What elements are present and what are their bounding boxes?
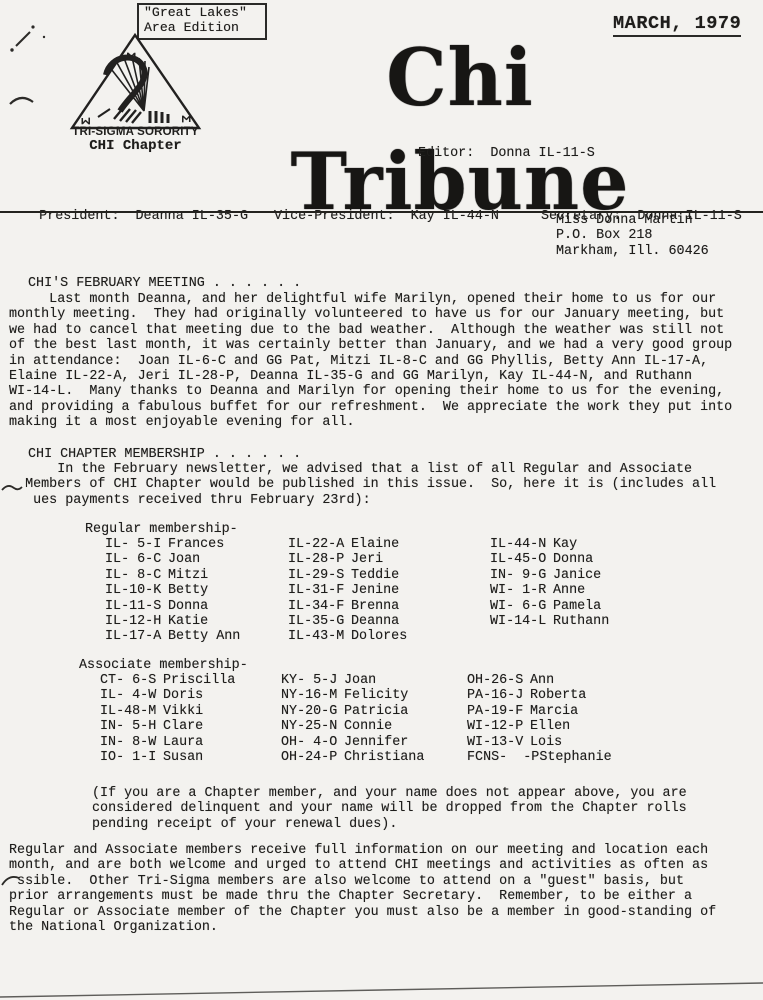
member-name: Christiana bbox=[344, 750, 424, 765]
member-code: OH-24-P bbox=[281, 750, 344, 765]
text-line: month, and are both welcome and urged to… bbox=[9, 858, 716, 873]
member-name: Mitzi bbox=[168, 568, 208, 583]
member-code: IN- 5-H bbox=[100, 719, 163, 734]
member-code: IL-45-O bbox=[490, 552, 553, 567]
member-code: IL-43-M bbox=[288, 629, 351, 644]
text-line: making it a most enjoyable evening for a… bbox=[9, 415, 732, 430]
member-name: Katie bbox=[168, 614, 208, 629]
member-entry: IL-22-AElaine bbox=[288, 537, 490, 552]
address-po-box: P.O. Box 218 bbox=[556, 228, 709, 243]
member-name: Anne bbox=[553, 583, 585, 598]
member-name: Brenna bbox=[351, 599, 399, 614]
member-code: PA-19-F bbox=[467, 704, 530, 719]
member-code: FCNS- -P bbox=[467, 750, 539, 765]
member-entry: PA-16-JRoberta bbox=[467, 688, 586, 703]
member-code: OH-26-S bbox=[467, 673, 530, 688]
member-code: WI- 6-G bbox=[490, 599, 553, 614]
member-code: OH- 4-O bbox=[281, 735, 344, 750]
member-name: Ruthann bbox=[553, 614, 609, 629]
text-line: we had to cancel that meeting due to the… bbox=[9, 323, 732, 338]
member-entry: IL-35-GDeanna bbox=[288, 614, 490, 629]
member-name: Vikki bbox=[163, 704, 203, 719]
member-code: IL-34-F bbox=[288, 599, 351, 614]
meeting-section-heading: CHI'S FEBRUARY MEETING . . . . . . bbox=[28, 276, 301, 291]
member-entry: IL-34-FBrenna bbox=[288, 599, 490, 614]
membership-row: IL- 6-CJoanIL-28-PJeriIL-45-ODonna bbox=[105, 552, 609, 567]
text-line: WI-14-L. Many thanks to Deanna and Maril… bbox=[9, 384, 732, 399]
address-city: Markham, Ill. 60426 bbox=[556, 244, 709, 259]
member-code: IL-29-S bbox=[288, 568, 351, 583]
member-entry: IL-29-STeddie bbox=[288, 568, 490, 583]
member-entry: IL-11-SDonna bbox=[105, 599, 288, 614]
member-code: IL- 4-W bbox=[100, 688, 163, 703]
member-name: Ann bbox=[530, 673, 554, 688]
text-line: of the best last month, it was certainly… bbox=[9, 338, 732, 353]
member-entry: WI- 1-RAnne bbox=[490, 583, 585, 598]
member-code: IO- 1-I bbox=[100, 750, 163, 765]
member-code: WI-13-V bbox=[467, 735, 530, 750]
member-name: Betty bbox=[168, 583, 208, 598]
text-line: the National Organization. bbox=[9, 920, 716, 935]
logo-organization-name: TRI-SIGMA SORORITY bbox=[58, 126, 213, 138]
member-name: Donna bbox=[553, 552, 593, 567]
member-name: Teddie bbox=[351, 568, 399, 583]
member-code: NY-25-N bbox=[281, 719, 344, 734]
text-line: and providing a fabulous buffet for our … bbox=[9, 400, 732, 415]
member-entry: IL- 8-CMitzi bbox=[105, 568, 288, 583]
member-code: IL-17-A bbox=[105, 629, 168, 644]
member-code: CT- 6-S bbox=[100, 673, 163, 688]
text-line: Elaine IL-22-A, Jeri IL-28-P, Deanna IL-… bbox=[9, 369, 732, 384]
member-entry: IL-28-PJeri bbox=[288, 552, 490, 567]
text-line: ssible. Other Tri-Sigma members are also… bbox=[9, 874, 716, 889]
member-code: IL-31-F bbox=[288, 583, 351, 598]
member-code: IL-11-S bbox=[105, 599, 168, 614]
regular-membership-table: IL- 5-IFrancesIL-22-AElaineIL-44-NKayIL-… bbox=[105, 537, 609, 645]
member-entry: WI-14-LRuthann bbox=[490, 614, 609, 629]
member-name: Frances bbox=[168, 537, 224, 552]
text-line: ues payments received thru February 23rd… bbox=[9, 493, 716, 508]
text-line: In the February newsletter, we advised t… bbox=[9, 462, 716, 477]
membership-row: IL-17-ABetty AnnIL-43-MDolores bbox=[105, 629, 609, 644]
member-entry: KY- 5-JJoan bbox=[281, 673, 467, 688]
member-code: IL- 5-I bbox=[105, 537, 168, 552]
membership-row: IN- 5-HClareNY-25-NConnieWI-12-PEllen bbox=[100, 719, 612, 734]
member-name: Kay bbox=[553, 537, 577, 552]
member-name: Ellen bbox=[530, 719, 570, 734]
member-name: Susan bbox=[163, 750, 203, 765]
member-entry: PA-19-FMarcia bbox=[467, 704, 578, 719]
membership-intro: In the February newsletter, we advised t… bbox=[9, 462, 716, 508]
member-entry: IL-31-FJenine bbox=[288, 583, 490, 598]
member-name: Felicity bbox=[344, 688, 408, 703]
member-name: Betty Ann bbox=[168, 629, 240, 644]
member-name: Jennifer bbox=[344, 735, 408, 750]
member-entry: WI- 6-GPamela bbox=[490, 599, 601, 614]
member-code: WI-14-L bbox=[490, 614, 553, 629]
text-line: pending receipt of your renewal dues). bbox=[92, 817, 687, 832]
member-code: NY-20-G bbox=[281, 704, 344, 719]
member-entry: IL- 4-WDoris bbox=[100, 688, 281, 703]
member-code: IL-10-K bbox=[105, 583, 168, 598]
text-line: prior arrangements must be made thru the… bbox=[9, 889, 716, 904]
member-entry: NY-16-MFelicity bbox=[281, 688, 467, 703]
member-entry: IN- 8-WLaura bbox=[100, 735, 281, 750]
member-entry: OH-24-PChristiana bbox=[281, 750, 467, 765]
editor-line: Editor: Donna IL-11-S bbox=[418, 146, 595, 161]
member-name: Jenine bbox=[351, 583, 399, 598]
member-name: Deanna bbox=[351, 614, 399, 629]
member-entry: NY-25-NConnie bbox=[281, 719, 467, 734]
newsletter-page: "Great Lakes" Area Edition MARCH, 1979 Σ… bbox=[0, 0, 763, 1000]
membership-section-heading: CHI CHAPTER MEMBERSHIP . . . . . . bbox=[28, 447, 301, 462]
text-line: Members of CHI Chapter would be publishe… bbox=[9, 477, 716, 492]
member-name: Roberta bbox=[530, 688, 586, 703]
member-name: Dolores bbox=[351, 629, 407, 644]
membership-row: IL- 4-WDorisNY-16-MFelicityPA-16-JRobert… bbox=[100, 688, 612, 703]
member-code: WI-12-P bbox=[467, 719, 530, 734]
text-line: Regular or Associate member of the Chapt… bbox=[9, 905, 716, 920]
secretary-address: Miss Donna Martin P.O. Box 218 Markham, … bbox=[556, 213, 709, 259]
text-line: monthly meeting. They had originally vol… bbox=[9, 307, 732, 322]
member-entry: IL- 5-IFrances bbox=[105, 537, 288, 552]
member-entry: IL-17-ABetty Ann bbox=[105, 629, 288, 644]
member-entry: NY-20-GPatricia bbox=[281, 704, 467, 719]
member-name: Stephanie bbox=[539, 750, 611, 765]
member-name: Janice bbox=[553, 568, 601, 583]
svg-text:Σ: Σ bbox=[79, 117, 94, 125]
member-entry: IN- 9-GJanice bbox=[490, 568, 601, 583]
membership-row: IL- 8-CMitziIL-29-STeddieIN- 9-GJanice bbox=[105, 568, 609, 583]
text-line: in attendance: Joan IL-6-C and GG Pat, M… bbox=[9, 354, 732, 369]
membership-row: CT- 6-SPriscillaKY- 5-JJoanOH-26-SAnn bbox=[100, 673, 612, 688]
text-line: Regular and Associate members receive fu… bbox=[9, 843, 716, 858]
membership-row: IL-48-MVikkiNY-20-GPatriciaPA-19-FMarcia bbox=[100, 704, 612, 719]
logo-chapter-name: CHI Chapter bbox=[58, 138, 213, 154]
member-entry: IL-45-ODonna bbox=[490, 552, 593, 567]
membership-row: IL- 5-IFrancesIL-22-AElaineIL-44-NKay bbox=[105, 537, 609, 552]
member-name: Joan bbox=[344, 673, 376, 688]
member-entry: CT- 6-SPriscilla bbox=[100, 673, 281, 688]
member-code: IL- 8-C bbox=[105, 568, 168, 583]
closing-paragraph: Regular and Associate members receive fu… bbox=[9, 843, 716, 935]
member-entry: IL-10-KBetty bbox=[105, 583, 288, 598]
member-entry: IL- 6-CJoan bbox=[105, 552, 288, 567]
address-name: Miss Donna Martin bbox=[556, 213, 709, 228]
text-line: Last month Deanna, and her delightful wi… bbox=[9, 292, 732, 307]
member-code: IN- 9-G bbox=[490, 568, 553, 583]
member-code: IL-12-H bbox=[105, 614, 168, 629]
member-code: IL-28-P bbox=[288, 552, 351, 567]
member-code: IL- 6-C bbox=[105, 552, 168, 567]
member-code: NY-16-M bbox=[281, 688, 344, 703]
regular-membership-label: Regular membership- bbox=[85, 522, 238, 537]
member-entry: WI-12-PEllen bbox=[467, 719, 570, 734]
membership-row: IN- 8-WLauraOH- 4-OJenniferWI-13-VLois bbox=[100, 735, 612, 750]
member-name: Joan bbox=[168, 552, 200, 567]
member-entry: IL-44-NKay bbox=[490, 537, 577, 552]
member-entry: WI-13-VLois bbox=[467, 735, 562, 750]
member-name: Elaine bbox=[351, 537, 399, 552]
delinquency-note: (If you are a Chapter member, and your n… bbox=[92, 786, 687, 832]
member-name: Lois bbox=[530, 735, 562, 750]
member-name: Laura bbox=[163, 735, 203, 750]
member-code: IN- 8-W bbox=[100, 735, 163, 750]
member-name: Doris bbox=[163, 688, 203, 703]
text-line: considered delinquent and your name will… bbox=[92, 801, 687, 816]
member-entry: OH-26-SAnn bbox=[467, 673, 554, 688]
edition-line-1: "Great Lakes" bbox=[144, 6, 265, 21]
svg-text:Σ: Σ bbox=[178, 115, 193, 123]
membership-row: IL-12-HKatieIL-35-GDeannaWI-14-LRuthann bbox=[105, 614, 609, 629]
member-name: Pamela bbox=[553, 599, 601, 614]
member-code: WI- 1-R bbox=[490, 583, 553, 598]
member-name: Connie bbox=[344, 719, 392, 734]
member-entry: IL-43-MDolores bbox=[288, 629, 490, 644]
member-name: Clare bbox=[163, 719, 203, 734]
member-name: Patricia bbox=[344, 704, 408, 719]
member-name: Priscilla bbox=[163, 673, 235, 688]
associate-membership-table: CT- 6-SPriscillaKY- 5-JJoanOH-26-SAnnIL-… bbox=[100, 673, 612, 765]
member-code: IL-35-G bbox=[288, 614, 351, 629]
member-code: IL-48-M bbox=[100, 704, 163, 719]
member-code: IL-22-A bbox=[288, 537, 351, 552]
membership-row: IL-11-SDonnaIL-34-FBrennaWI- 6-GPamela bbox=[105, 599, 609, 614]
member-code: PA-16-J bbox=[467, 688, 530, 703]
member-entry: OH- 4-OJennifer bbox=[281, 735, 467, 750]
member-entry: IO- 1-ISusan bbox=[100, 750, 281, 765]
member-entry: IL-12-HKatie bbox=[105, 614, 288, 629]
text-line: (If you are a Chapter member, and your n… bbox=[92, 786, 687, 801]
member-entry: IN- 5-HClare bbox=[100, 719, 281, 734]
membership-row: IL-10-KBettyIL-31-FJenineWI- 1-RAnne bbox=[105, 583, 609, 598]
member-name: Donna bbox=[168, 599, 208, 614]
member-code: IL-44-N bbox=[490, 537, 553, 552]
member-name: Jeri bbox=[351, 552, 383, 567]
member-entry: IL-48-MVikki bbox=[100, 704, 281, 719]
member-name: Marcia bbox=[530, 704, 578, 719]
associate-membership-label: Associate membership- bbox=[79, 658, 248, 673]
meeting-section-body: Last month Deanna, and her delightful wi… bbox=[9, 292, 732, 431]
member-code: KY- 5-J bbox=[281, 673, 344, 688]
member-entry: FCNS- -PStephanie bbox=[467, 750, 612, 765]
membership-row: IO- 1-ISusanOH-24-PChristianaFCNS- -PSte… bbox=[100, 750, 612, 765]
